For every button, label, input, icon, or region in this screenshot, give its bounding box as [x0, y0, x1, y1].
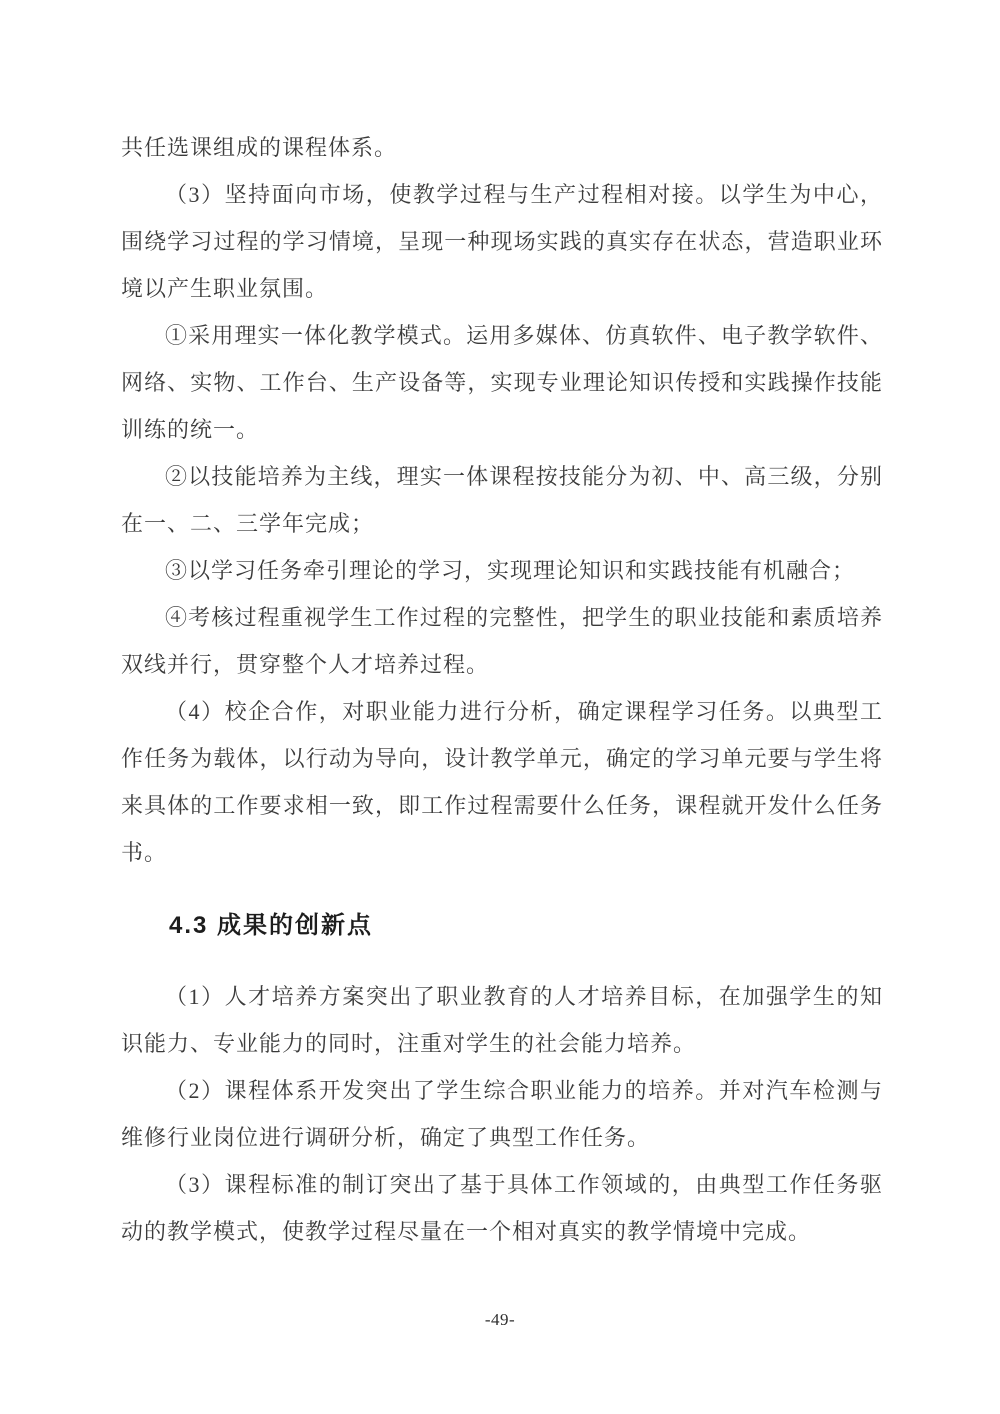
body-paragraph: ②以技能培养为主线，理实一体课程按技能分为初、中、高三级，分别在一、二、三学年完… — [121, 453, 883, 547]
page-number: -49- — [485, 1310, 515, 1329]
body-paragraph: （4）校企合作，对职业能力进行分析，确定课程学习任务。以典型工作任务为载体，以行… — [121, 688, 883, 876]
body-paragraph: （2）课程体系开发突出了学生综合职业能力的培养。并对汽车检测与维修行业岗位进行调… — [121, 1067, 883, 1161]
body-paragraph: ④考核过程重视学生工作过程的完整性，把学生的职业技能和素质培养双线并行，贯穿整个… — [121, 594, 883, 688]
body-paragraph: （3）课程标准的制订突出了基于具体工作领域的，由典型工作任务驱动的教学模式，使教… — [121, 1161, 883, 1255]
body-paragraph: （3）坚持面向市场，使教学过程与生产过程相对接。以学生为中心，围绕学习过程的学习… — [121, 171, 883, 312]
body-paragraph: 共任选课组成的课程体系。 — [121, 124, 883, 171]
body-paragraph: （1）人才培养方案突出了职业教育的人才培养目标，在加强学生的知识能力、专业能力的… — [121, 973, 883, 1067]
document-body: 共任选课组成的课程体系。 （3）坚持面向市场，使教学过程与生产过程相对接。以学生… — [121, 124, 883, 1255]
body-paragraph: ①采用理实一体化教学模式。运用多媒体、仿真软件、电子教学软件、网络、实物、工作台… — [121, 312, 883, 453]
document-page: 共任选课组成的课程体系。 （3）坚持面向市场，使教学过程与生产过程相对接。以学生… — [0, 0, 1000, 1414]
body-paragraph: ③以学习任务牵引理论的学习，实现理论知识和实践技能有机融合； — [121, 547, 883, 594]
section-heading: 4.3 成果的创新点 — [121, 902, 883, 949]
page-footer: -49- — [0, 1310, 1000, 1330]
